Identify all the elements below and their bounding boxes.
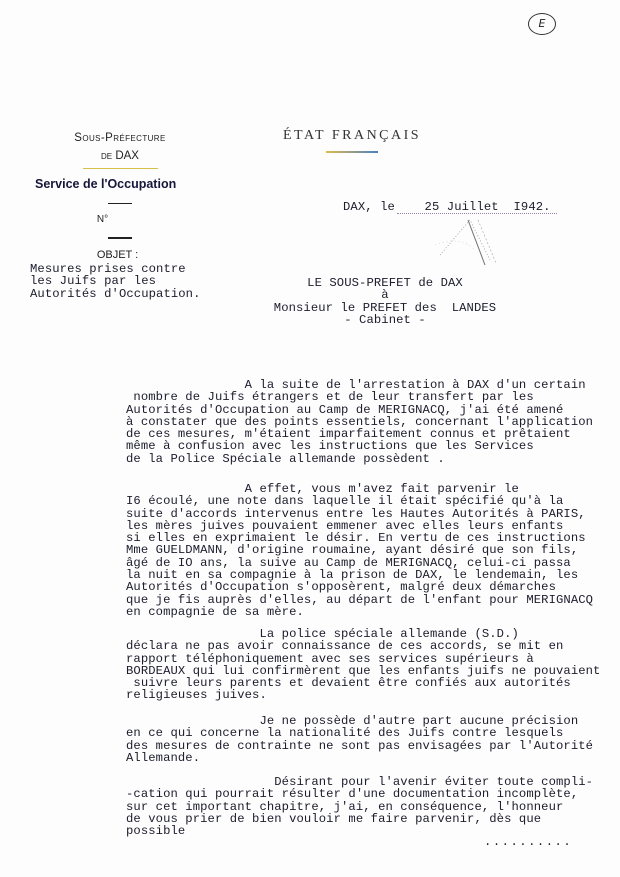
de-dax-label: de DAX	[30, 150, 210, 162]
tricolor-rule	[326, 151, 378, 153]
date-underline	[397, 213, 557, 214]
sous-prefecture-label: Sous-Préfecture	[30, 132, 210, 144]
paragraph-1: A la suite de l'arrestation à DAX d'un c…	[126, 379, 593, 465]
address-block: LE SOUS-PREFET de DAX à Monsieur le PREF…	[260, 277, 510, 326]
service-title: Service de l'Occupation	[30, 177, 210, 191]
paragraph-2: A effet, vous m'avez fait parvenir le I6…	[126, 483, 593, 618]
divider	[108, 237, 132, 238]
objet-label: OBJET :	[30, 249, 210, 261]
faded-stamp-icon	[430, 215, 500, 270]
numero-label: N°	[30, 214, 210, 225]
state-header: ÉTAT FRANÇAIS	[283, 128, 421, 144]
closing-dots: ..........	[484, 836, 572, 848]
objet-text: Mesures prises contre les Juifs par les …	[30, 263, 201, 300]
paragraph-4: Je ne possède d'autre part aucune précis…	[126, 715, 593, 764]
divider	[108, 203, 132, 204]
archive-mark: E	[528, 13, 556, 35]
date-line: DAX, le 25 Juillet I942.	[343, 201, 551, 213]
document-page: E Sous-Préfecture de DAX Service de l'Oc…	[0, 0, 620, 877]
paragraph-5: Désirant pour l'avenir éviter toute comp…	[126, 776, 593, 837]
paragraph-3: La police spéciale allemande (S.D.) décl…	[126, 628, 600, 702]
letterhead: Sous-Préfecture de DAX Service de l'Occu…	[30, 130, 210, 261]
gold-divider	[83, 168, 158, 169]
